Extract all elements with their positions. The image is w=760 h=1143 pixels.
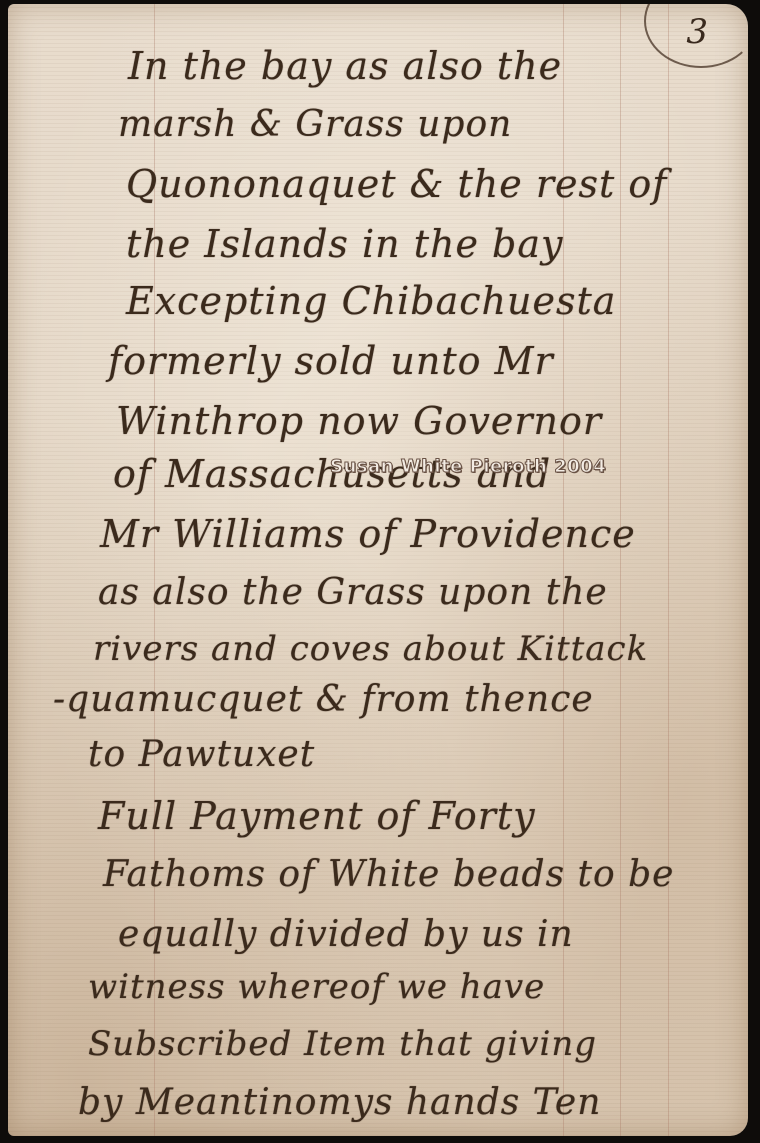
manuscript-line-4: the Islands in the bay [126,222,563,266]
page-number: 3 [686,12,708,52]
manuscript-line-17: witness whereof we have [88,967,545,1007]
manuscript-line-1: In the bay as also the [128,44,562,88]
manuscript-line-9: Mr Williams of Providence [100,512,636,556]
manuscript-line-15: Fathoms of White beads to be [103,854,674,895]
manuscript-line-14: Full Payment of Forty [98,794,536,838]
manuscript-line-6: formerly sold unto Mr [108,339,554,383]
manuscript-line-13: to Pawtuxet [88,734,315,775]
copyright-watermark: Susan White Pieroth 2004 [330,456,606,477]
manuscript-line-12: -quamucquet & from thence [53,679,594,720]
manuscript-line-19: by Meantinomys hands Ten [78,1082,601,1123]
manuscript-line-7: Winthrop now Governor [116,399,602,443]
manuscript-line-10: as also the Grass upon the [98,572,608,613]
manuscript-line-11: rivers and coves about Kittack [93,629,648,669]
manuscript-line-3: Quononaquet & the rest of [126,162,667,206]
manuscript-line-5: Excepting Chibachuesta [126,279,616,323]
manuscript-line-16: equally divided by us in [118,914,574,955]
manuscript-line-18: Subscribed Item that giving [88,1024,597,1064]
manuscript-page: 3 In the bay as also the marsh & Grass u… [8,4,748,1136]
manuscript-line-2: marsh & Grass upon [118,104,512,145]
ruled-column-line [668,4,669,1136]
